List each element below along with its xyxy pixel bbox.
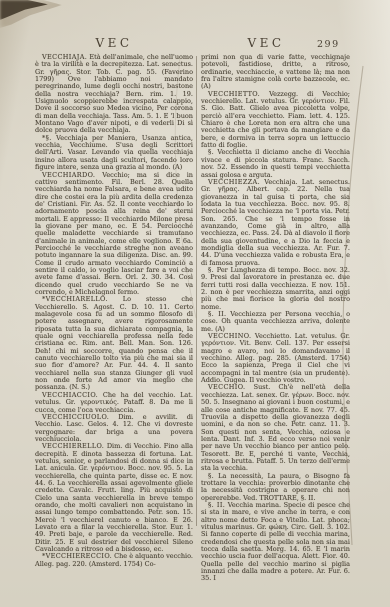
dictionary-entry: VECCHIERELLO. Dim. di Vecchio. Fino alla… xyxy=(35,443,193,553)
dictionary-entry: §. Per Lunghezza di tempo. Bocc. nov. 32… xyxy=(201,267,350,311)
entry-text: Vezzegg. di Vecchio; vecchierello. Lat. … xyxy=(201,90,350,149)
dictionary-entry: §. II. Vecchiezza per Persona vecchia, o… xyxy=(201,311,350,333)
dictionary-entry: §. Vecchietta il diciamo anche di Vecchi… xyxy=(201,149,350,178)
running-head-right: VEC xyxy=(201,36,331,50)
dictionary-entry: VECCHIO. Sust. Ch'è nell'età della vecch… xyxy=(201,384,350,472)
dictionary-entry: VECCHIEZZA. Vecchiaja. Lat. senectus. Gr… xyxy=(201,179,350,267)
running-head-left: VEC xyxy=(35,36,193,50)
entry-text: Dim. di Vecchio. Fino alla decrepità. E … xyxy=(35,442,193,553)
entry-text: Vecchia marina. Specie di pesce che si s… xyxy=(201,501,350,582)
text-column-right: primi non qua di varie fatte, vecchignaj… xyxy=(201,54,350,583)
entry-text: Vecchiaja per Maniera, Usanza antica, ve… xyxy=(35,134,193,171)
dictionary-entry-continuation: primi non qua di varie fatte, vecchignaj… xyxy=(201,54,350,91)
entry-text: Lo stesso che Vecchierello. S. Agost. C.… xyxy=(35,295,193,391)
dictionary-entry: VECCHIAJA. Età dell'animale, che nell'uo… xyxy=(35,54,193,135)
page-number: 299 xyxy=(317,39,357,50)
entry-text: Per Lunghezza di tempo. Bocc. nov. 32. 9… xyxy=(201,266,350,311)
dictionary-entry: *VECCHIARELLO. Lo stesso che Vecchierell… xyxy=(35,296,193,391)
dictionary-entry: VECCHIACCIO. Che ha del vecchio. Lat. ve… xyxy=(35,392,193,414)
dictionary-entry: VECCHIETTO. Vezzegg. di Vecchio; vecchie… xyxy=(201,91,350,150)
dictionary-entry: *§. Vecchiaja per Maniera, Usanza antica… xyxy=(35,135,193,172)
dictionary-entry: VECCHIARDO. Vecchio; ma si dice in catti… xyxy=(35,172,193,297)
entry-text: Età dell'animale, che nell'uomo è tra la… xyxy=(35,53,193,134)
entry-text: Sust. Ch'è nell'età della vecchiezza. La… xyxy=(201,383,350,472)
entry-text: Vecchietta il diciamo anche di Vecchia v… xyxy=(201,148,350,178)
dictionary-entry: §. La necessità, La paura, o Bisogno fa … xyxy=(201,473,350,502)
scanned-book-page: VEC VEC 299 VECCHIAJA. Età dell'animale,… xyxy=(0,0,390,607)
entry-text: Vecchio; ma si dice in cattivo sentiment… xyxy=(35,171,193,297)
dictionary-entry: VECCHICCIUOLO. Dim. e avvilit. di Vecchi… xyxy=(35,414,193,443)
entry-text: Vecchietto. Lat. vetulus. Gr. γερόντιον.… xyxy=(201,332,350,384)
entry-text: primi non qua di varie fatte, vecchignaj… xyxy=(201,53,350,90)
entry-text: Vecchiaja. Lat. senectus. Gr. γῆρας. Alb… xyxy=(201,178,350,267)
entry-text: La necessità, La paura, o Bisogno fa tro… xyxy=(201,472,350,502)
column-divider-rule xyxy=(196,56,197,526)
text-column-left: VECCHIAJA. Età dell'animale, che nell'uo… xyxy=(35,54,193,568)
dictionary-entry: VECCHINO. Vecchietto. Lat. vetulus. Gr. … xyxy=(201,333,350,384)
dictionary-entry: *VECCHIERECCIO. Che è alquanto vecchio. … xyxy=(35,553,193,568)
dictionary-entry: §. II. Vecchia marina. Specie di pesce c… xyxy=(201,502,350,583)
